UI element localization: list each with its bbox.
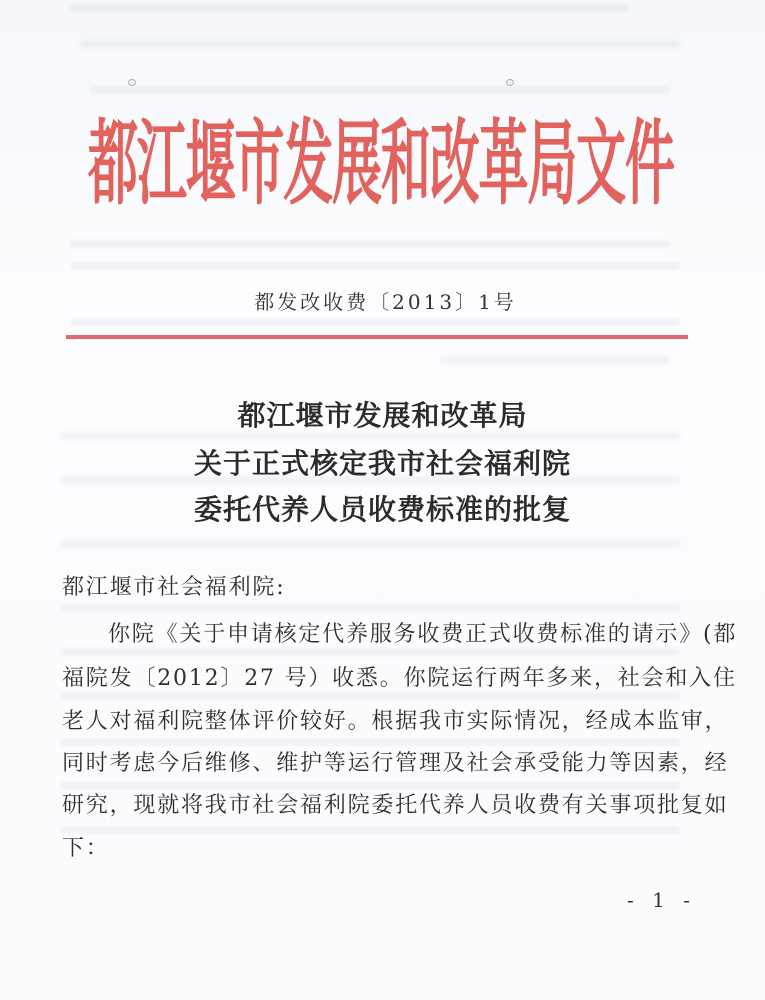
issuer-title-char: 件 <box>625 118 673 211</box>
red-divider <box>66 335 688 339</box>
body-line: 你院《关于申请核定代养服务收费正式收费标准的请示》(都 <box>108 617 737 648</box>
issuer-title-char: 市 <box>234 118 282 211</box>
body-line: 福院发〔2012〕27 号）收悉。你院运行两年多来，社会和入住 <box>62 661 737 692</box>
issuer-title: 都 江 堰 市 发 展 和 改 革 局 文 件 <box>88 118 673 210</box>
bleed-through-text <box>60 604 680 612</box>
bleed-through-text <box>80 40 680 48</box>
issuer-title-char: 改 <box>430 118 478 211</box>
body-line: 研究，现就将我市社会福利院委托代养人员收费有关事项批复如 <box>62 788 728 819</box>
bleed-through-text <box>70 318 680 326</box>
issuer-title-char: 展 <box>332 118 380 211</box>
bleed-through-text <box>70 262 680 270</box>
issuer-title-char: 局 <box>527 118 575 211</box>
bleed-through-text <box>440 356 670 364</box>
heading-line-3: 委托代养人员收费标准的批复 <box>0 488 765 528</box>
bleed-through-text <box>60 648 680 656</box>
bleed-through-text <box>60 738 680 746</box>
staple-hole <box>128 79 136 86</box>
heading-line-2: 关于正式核定我市社会福利院 <box>0 442 765 482</box>
bleed-through-text <box>90 86 670 94</box>
bleed-through-text <box>70 240 670 248</box>
issuer-title-char: 和 <box>381 118 429 211</box>
bleed-through-text <box>70 4 630 12</box>
issuer-title-char: 江 <box>137 118 185 211</box>
document-number: 都发改收费〔2013〕1号 <box>0 286 765 315</box>
staple-hole <box>506 79 514 86</box>
issuer-title-char: 发 <box>283 118 331 211</box>
issuer-title-char: 都 <box>88 118 136 211</box>
bleed-through-text <box>60 540 680 548</box>
issuer-title-char: 文 <box>576 118 624 211</box>
body-line: 下： <box>62 831 110 862</box>
body-line: 同时考虑今后维修、维护等运行管理及社会承受能力等因素，经 <box>62 746 728 777</box>
page-number: - 1 - <box>627 888 696 912</box>
bleed-through-text <box>60 826 680 834</box>
salutation: 都江堰市社会福利院: <box>62 570 285 601</box>
issuer-title-char: 堰 <box>186 118 234 211</box>
heading-line-1: 都江堰市发展和改革局 <box>0 394 765 434</box>
bleed-through-text <box>60 692 680 700</box>
issuer-title-char: 革 <box>479 118 527 211</box>
body-line: 老人对福利院整体评价较好。根据我市实际情况，经成本监审， <box>62 704 728 735</box>
document-page: 都 江 堰 市 发 展 和 改 革 局 文 件 都发改收费〔2013〕1号 都江… <box>0 0 765 1000</box>
